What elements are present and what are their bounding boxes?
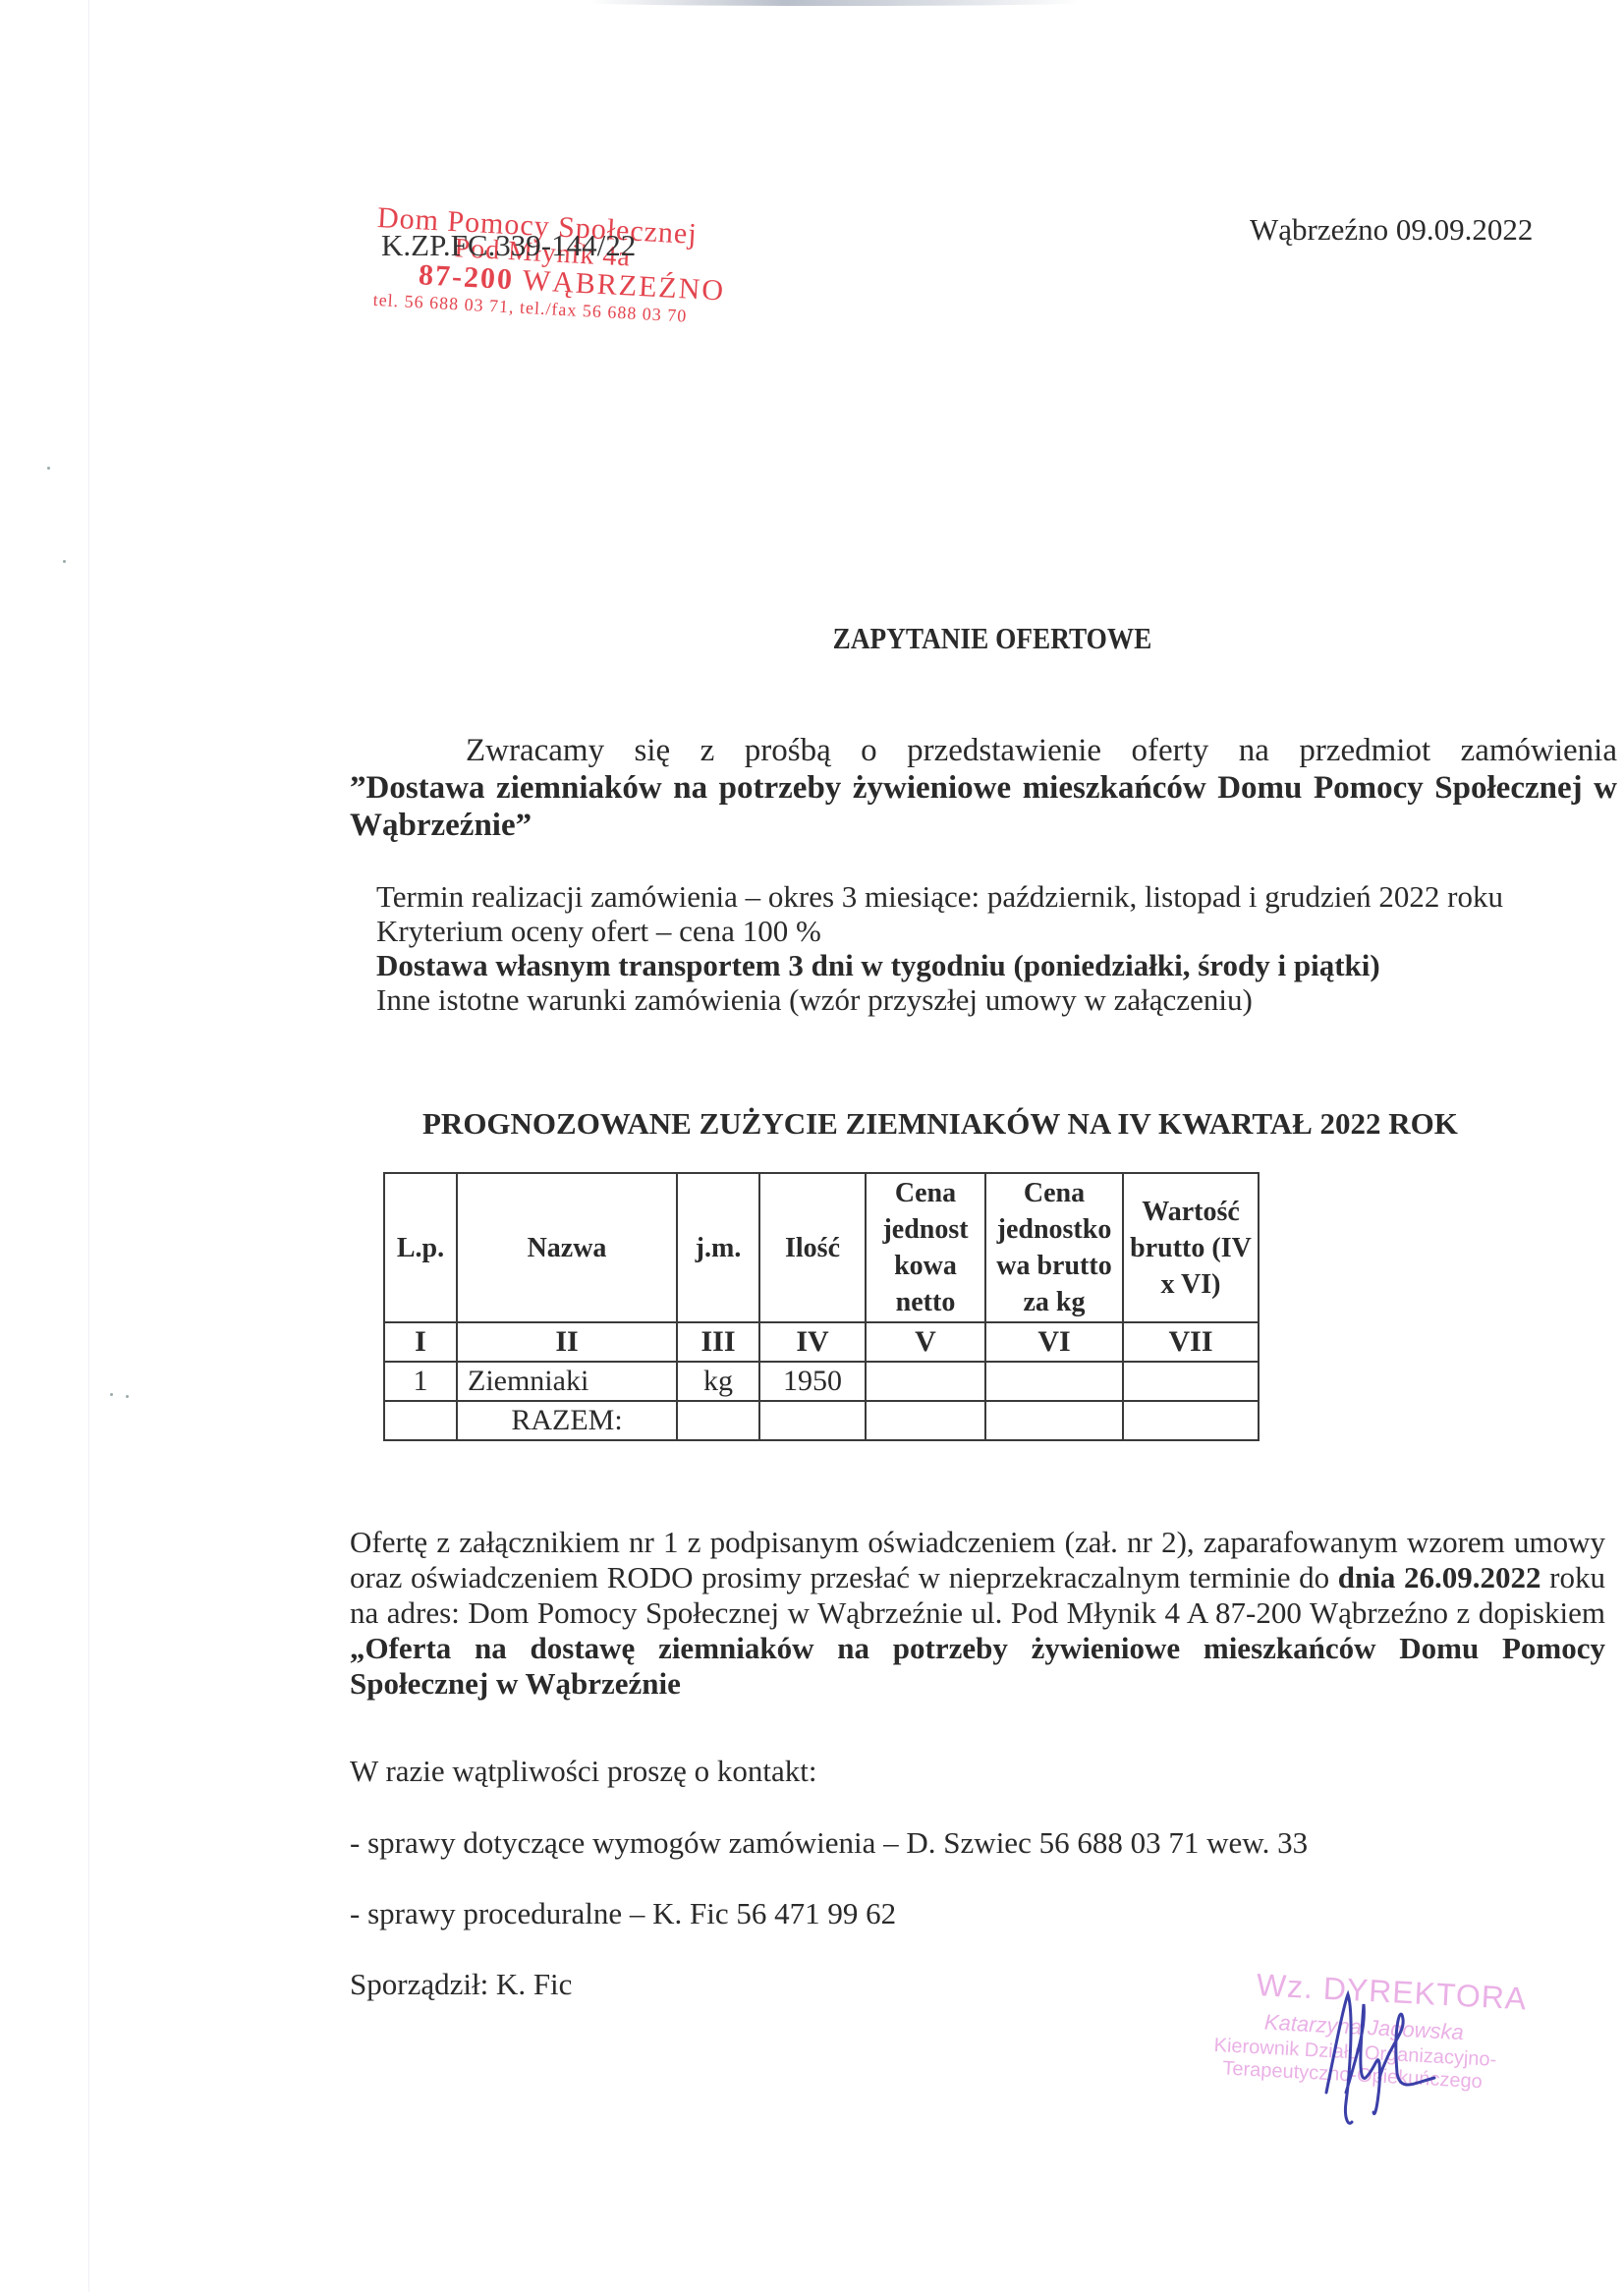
contact-requirements: - sprawy dotyczące wymogów zamówienia – …	[350, 1825, 1308, 1861]
contact-procedural: - sprawy proceduralne – K. Fic 56 471 99…	[350, 1896, 896, 1931]
cell-empty	[384, 1401, 457, 1440]
cell-gross-price	[985, 1362, 1123, 1401]
header-name: Nazwa	[457, 1173, 677, 1322]
scan-edge-line	[88, 0, 89, 2292]
term-delivery: Dostawa własnym transportem 3 dni w tygo…	[376, 948, 1503, 982]
column-number: II	[457, 1322, 677, 1362]
order-subject: ”Dostawa ziemniaków na potrzeby żywienio…	[350, 770, 1617, 843]
column-number: IV	[759, 1322, 866, 1362]
header-gross-value: Wartość brutto (IV x VI)	[1123, 1173, 1259, 1322]
header-gross-price: Cena jednostko wa brutto za kg	[985, 1173, 1123, 1322]
term-deadline: Termin realizacji zamówienia – okres 3 m…	[376, 879, 1503, 914]
intro-text: Zwracamy się z prośbą o przedstawienie o…	[466, 733, 1617, 768]
scan-artifact	[110, 1393, 113, 1396]
term-criterion: Kryterium oceny ofert – cena 100 %	[376, 914, 1503, 948]
place-and-date: Wąbrzeźno 09.09.2022	[1250, 212, 1533, 248]
stamp-postcode: 87-200	[418, 258, 515, 296]
header-lp: L.p.	[384, 1173, 457, 1322]
prepared-by: Sporządził: K. Fic	[350, 1967, 572, 2002]
reference-number: K.ZP.FC.339-144/22	[381, 228, 636, 263]
scan-fold-shadow	[589, 0, 1081, 6]
handwritten-signature	[1307, 1985, 1464, 2132]
scan-artifact	[63, 560, 66, 563]
submission-paragraph: Ofertę z załącznikiem nr 1 z podpisanym …	[350, 1525, 1605, 1702]
table-row: 1 Ziemniaki kg 1950	[384, 1362, 1259, 1401]
scan-artifact	[47, 467, 50, 470]
column-number: V	[866, 1322, 985, 1362]
header-quantity: Ilość	[759, 1173, 866, 1322]
table-total-row: RAZEM:	[384, 1401, 1259, 1440]
contact-intro: W razie wątpliwości proszę o kontakt:	[350, 1754, 816, 1789]
header-net-price: Cena jednost kowa netto	[866, 1173, 985, 1322]
header-unit: j.m.	[677, 1173, 759, 1322]
document-title: ZAPYTANIE OFERTOWE	[119, 621, 1624, 656]
scan-artifact	[126, 1395, 129, 1398]
cell-net-price	[866, 1362, 985, 1401]
order-terms: Termin realizacji zamówienia – okres 3 m…	[376, 879, 1503, 1017]
cell-gross-value	[1123, 1362, 1259, 1401]
total-label: RAZEM:	[457, 1401, 677, 1440]
column-number: I	[384, 1322, 457, 1362]
table-header-row: L.p. Nazwa j.m. Ilość Cena jednost kowa …	[384, 1173, 1259, 1322]
term-other: Inne istotne warunki zamówienia (wzór pr…	[376, 982, 1503, 1017]
forecast-title: PROGNOZOWANE ZUŻYCIE ZIEMNIAKÓW NA IV KW…	[422, 1106, 1458, 1142]
cell-empty	[677, 1401, 759, 1440]
column-number: VI	[985, 1322, 1123, 1362]
cell-name: Ziemniaki	[457, 1362, 677, 1401]
cell-empty	[985, 1401, 1123, 1440]
column-number-row: I II III IV V VI VII	[384, 1322, 1259, 1362]
cell-unit: kg	[677, 1362, 759, 1401]
submission-annotation: „Oferta na dostawę ziemniaków na potrzeb…	[350, 1631, 1605, 1701]
column-number: VII	[1123, 1322, 1259, 1362]
cell-empty	[1123, 1401, 1259, 1440]
institution-stamp: Dom Pomocy Społecznej Pod Młynik 4a 87-2…	[372, 201, 729, 329]
intro-line: Zwracamy się z prośbą o przedstawienie o…	[350, 732, 1617, 769]
cell-quantity: 1950	[759, 1362, 866, 1401]
cell-empty	[866, 1401, 985, 1440]
term-delivery-text: Dostawa własnym transportem 3 dni w tygo…	[376, 948, 1380, 982]
forecast-table: L.p. Nazwa j.m. Ilość Cena jednost kowa …	[383, 1172, 1260, 1441]
cell-empty	[759, 1401, 866, 1440]
submission-deadline: dnia 26.09.2022	[1338, 1560, 1541, 1594]
intro-paragraph: Zwracamy się z prośbą o przedstawienie o…	[350, 732, 1617, 844]
cell-lp: 1	[384, 1362, 457, 1401]
column-number: III	[677, 1322, 759, 1362]
